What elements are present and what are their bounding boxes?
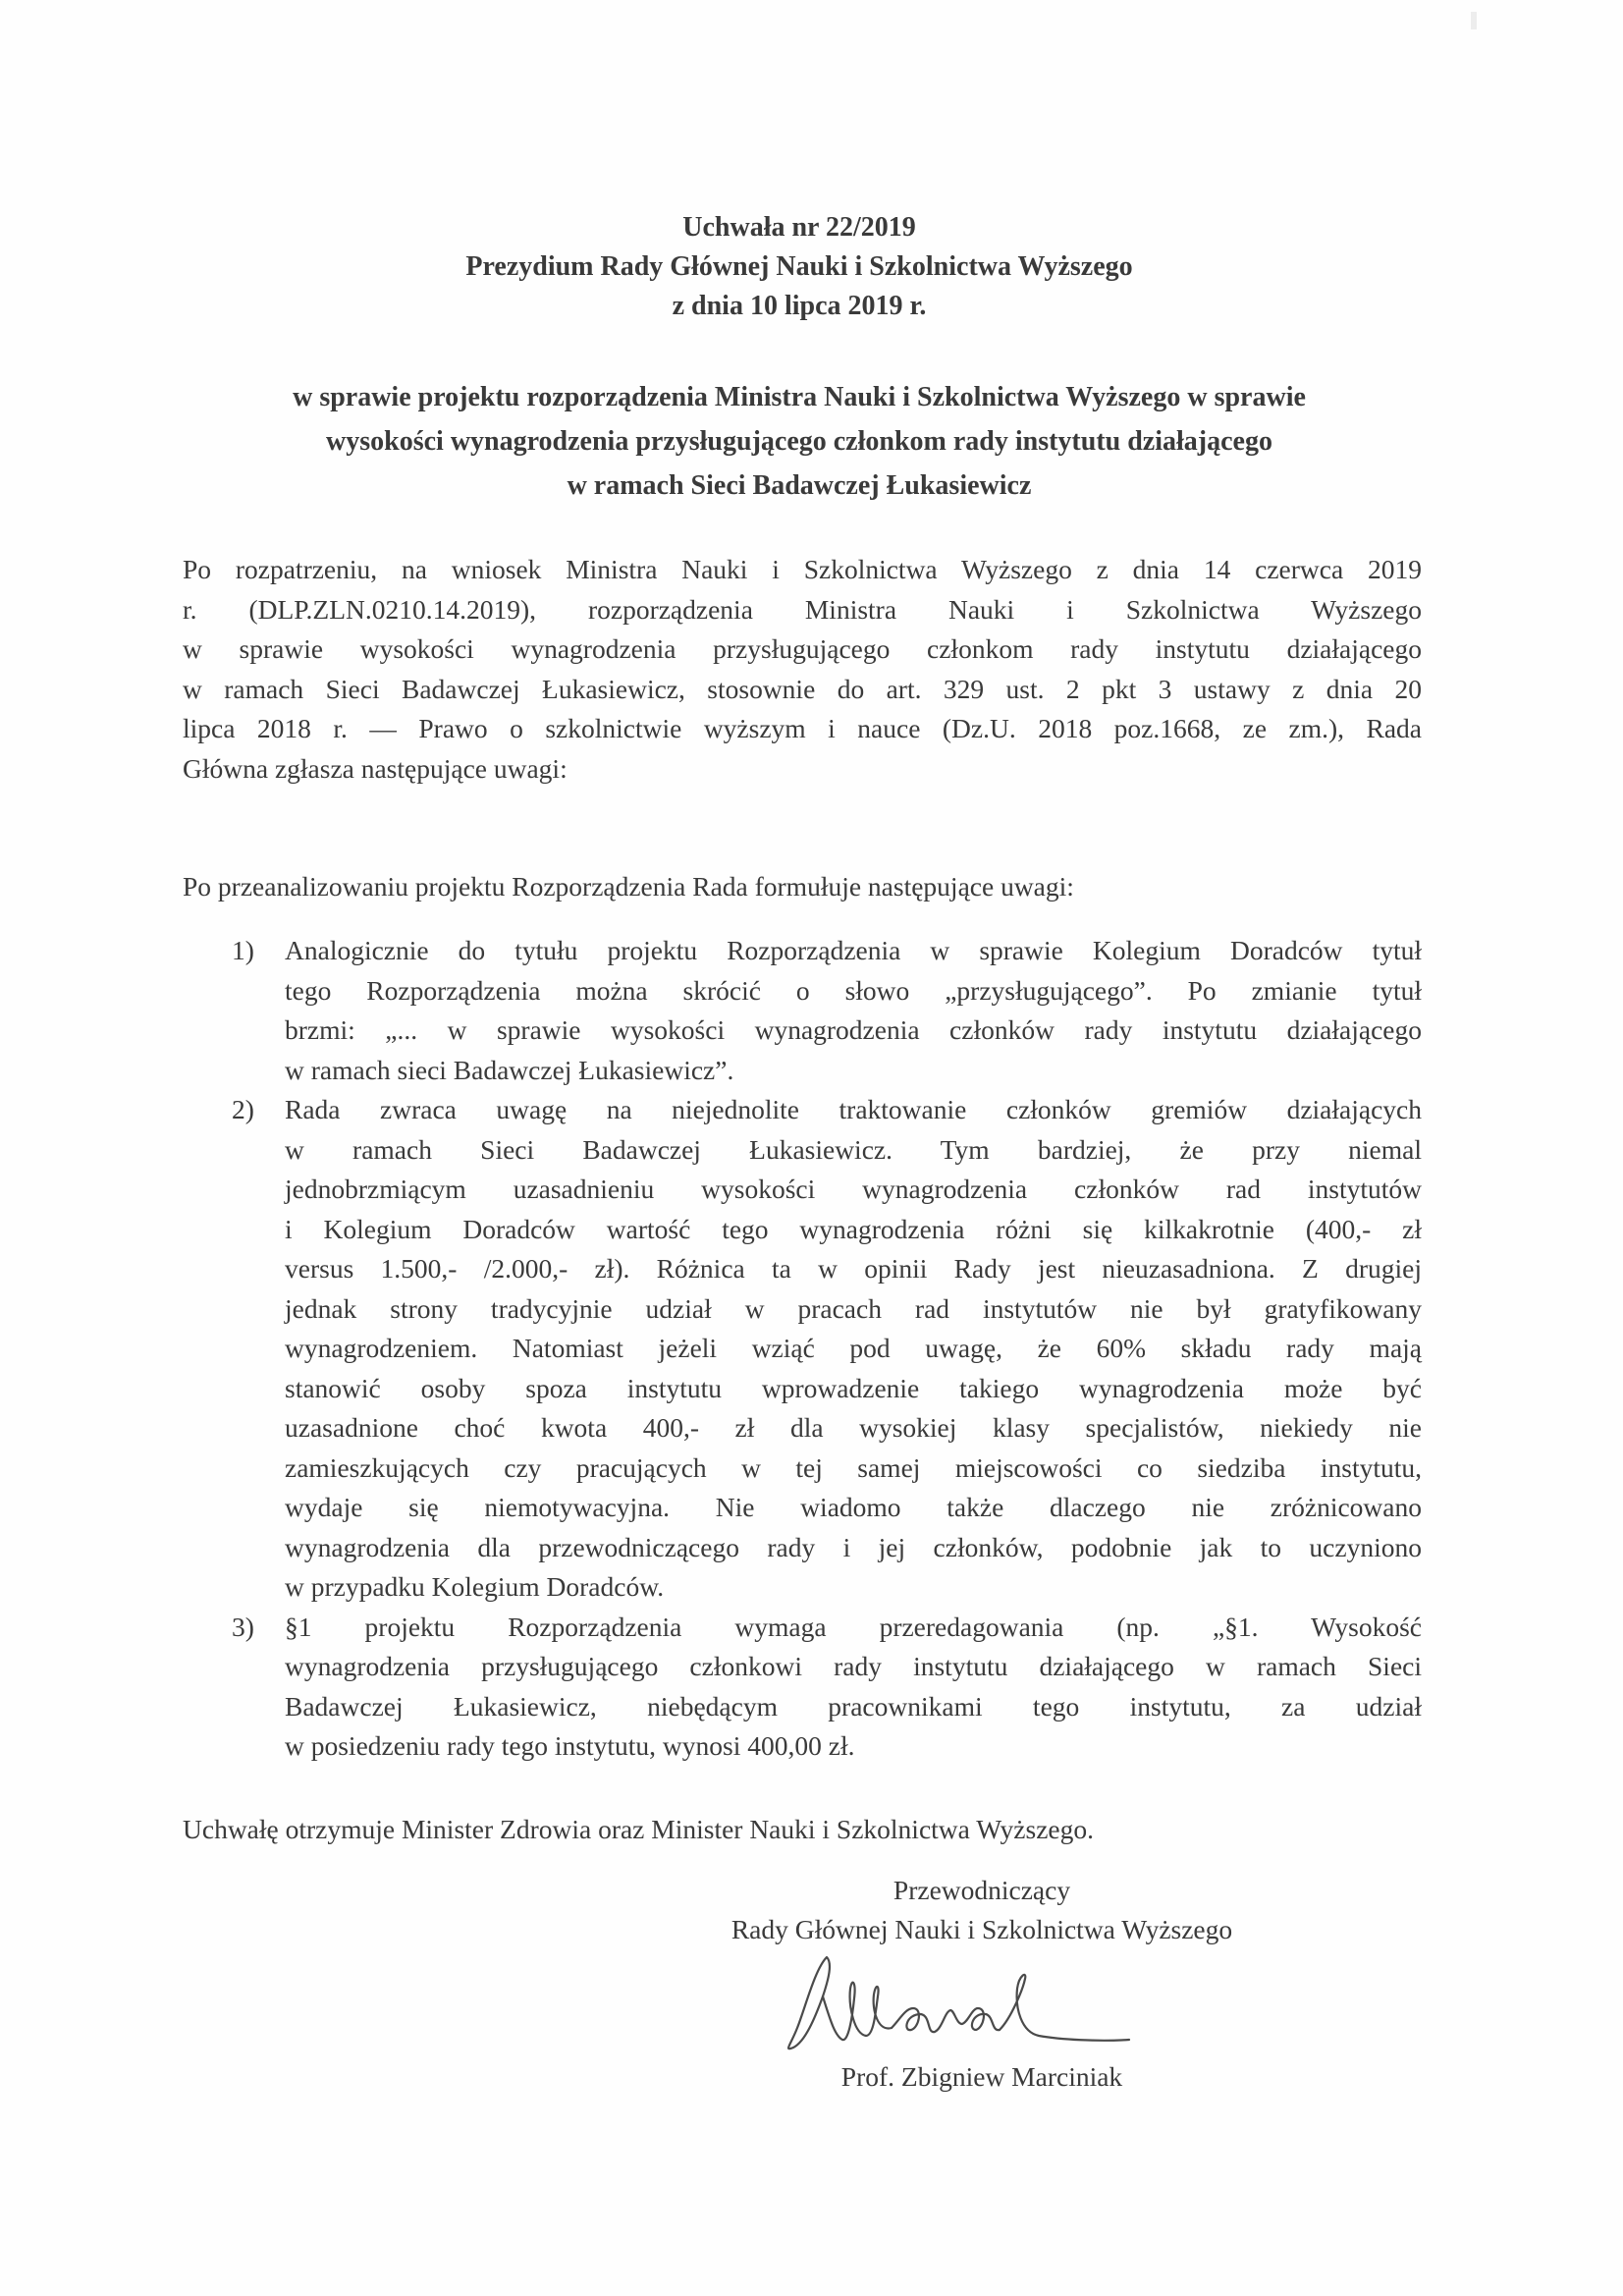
remark-number: 3)	[232, 1608, 254, 1648]
remark-number: 2)	[232, 1090, 254, 1130]
remark-line: wynagrodzeniem. Natomiast jeżeli wziąć p…	[285, 1329, 1422, 1369]
remark-line: w przypadku Kolegium Doradców.	[285, 1567, 1422, 1608]
paragraph-line: r. (DLP.ZLN.0210.14.2019), rozporządzeni…	[183, 590, 1422, 630]
remark-line: wynagrodzenia dla przewodniczącego rady …	[285, 1528, 1422, 1568]
document-page: Uchwała nr 22/2019 Prezydium Rady Główne…	[0, 0, 1623, 2296]
remark-line: brzmi: „... w sprawie wysokości wynagrod…	[285, 1011, 1422, 1051]
subject-line: w ramach Sieci Badawczej Łukasiewicz	[177, 464, 1422, 508]
paragraph-line: Główna zgłasza następujące uwagi:	[183, 749, 1422, 790]
remark-line: wynagrodzenia przysługującego członkowi …	[285, 1647, 1422, 1687]
resolution-number: Uchwała nr 22/2019	[177, 208, 1422, 247]
remarks-list: 1) Analogicznie do tytułu projektu Rozpo…	[183, 931, 1422, 1767]
closing-note: Uchwałę otrzymuje Minister Zdrowia oraz …	[183, 1810, 1094, 1849]
signatory-name: Prof. Zbigniew Marciniak	[658, 2057, 1306, 2097]
remark-line: zamieszkujących czy pracujących w tej sa…	[285, 1449, 1422, 1489]
remark-line: §1 projektu Rozporządzenia wymaga przere…	[285, 1608, 1422, 1648]
remark-line: tego Rozporządzenia można skrócić o słow…	[285, 971, 1422, 1011]
resolution-subject: w sprawie projektu rozporządzenia Minist…	[177, 375, 1422, 508]
remark-line: Rada zwraca uwagę na niejednolite trakto…	[285, 1090, 1422, 1130]
remark-line: uzasadnione choć kwota 400,- zł dla wyso…	[285, 1408, 1422, 1449]
remark-line: w ramach Sieci Badawczej Łukasiewicz. Ty…	[285, 1130, 1422, 1171]
paragraph-line: w ramach Sieci Badawczej Łukasiewicz, st…	[183, 670, 1422, 710]
remark-line: w ramach sieci Badawczej Łukasiewicz”.	[285, 1051, 1422, 1091]
scan-artifact	[1471, 12, 1477, 29]
intro-paragraph: Po rozpatrzeniu, na wniosek Ministra Nau…	[183, 550, 1422, 789]
issuing-body: Prezydium Rady Głównej Nauki i Szkolnict…	[177, 247, 1422, 287]
remark-line: versus 1.500,- /2.000,- zł). Różnica ta …	[285, 1249, 1422, 1289]
signatory-body: Rady Głównej Nauki i Szkolnictwa Wyższeg…	[658, 1910, 1306, 1949]
remark-item-2: 2) Rada zwraca uwagę na niejednolite tra…	[183, 1090, 1422, 1608]
paragraph-line: lipca 2018 r. — Prawo o szkolnictwie wyż…	[183, 709, 1422, 749]
remark-item-1: 1) Analogicznie do tytułu projektu Rozpo…	[183, 931, 1422, 1090]
remark-line: jednak strony tradycyjnie udział w praca…	[285, 1289, 1422, 1330]
remark-line: Analogicznie do tytułu projektu Rozporzą…	[285, 931, 1422, 971]
resolution-date: z dnia 10 lipca 2019 r.	[177, 287, 1422, 326]
remark-line: Badawczej Łukasiewicz, niebędącym pracow…	[285, 1687, 1422, 1727]
paragraph-line: w sprawie wysokości wynagrodzenia przysł…	[183, 629, 1422, 670]
remark-line: stanowić osoby spoza instytutu wprowadze…	[285, 1369, 1422, 1409]
analysis-paragraph: Po przeanalizowaniu projektu Rozporządze…	[183, 867, 1422, 907]
signature-block: Przewodniczący Rady Głównej Nauki i Szko…	[658, 1871, 1306, 1949]
remark-item-3: 3) §1 projektu Rozporządzenia wymaga prz…	[183, 1608, 1422, 1767]
remark-line: i Kolegium Doradców wartość tego wynagro…	[285, 1210, 1422, 1250]
remark-line: w posiedzeniu rady tego instytutu, wynos…	[285, 1726, 1422, 1767]
remark-line: jednobrzmiącym uzasadnieniu wysokości wy…	[285, 1170, 1422, 1210]
resolution-heading: Uchwała nr 22/2019 Prezydium Rady Główne…	[177, 208, 1422, 326]
paragraph-line: Po przeanalizowaniu projektu Rozporządze…	[183, 867, 1422, 907]
paragraph-line: Po rozpatrzeniu, na wniosek Ministra Nau…	[183, 550, 1422, 590]
subject-line: w sprawie projektu rozporządzenia Minist…	[177, 375, 1422, 419]
subject-line: wysokości wynagrodzenia przysługującego …	[177, 419, 1422, 464]
signatory-title: Przewodniczący	[658, 1871, 1306, 1910]
remark-number: 1)	[232, 931, 254, 971]
handwritten-signature-icon	[776, 1949, 1149, 2062]
remark-line: wydaje się niemotywacyjna. Nie wiadomo t…	[285, 1488, 1422, 1528]
